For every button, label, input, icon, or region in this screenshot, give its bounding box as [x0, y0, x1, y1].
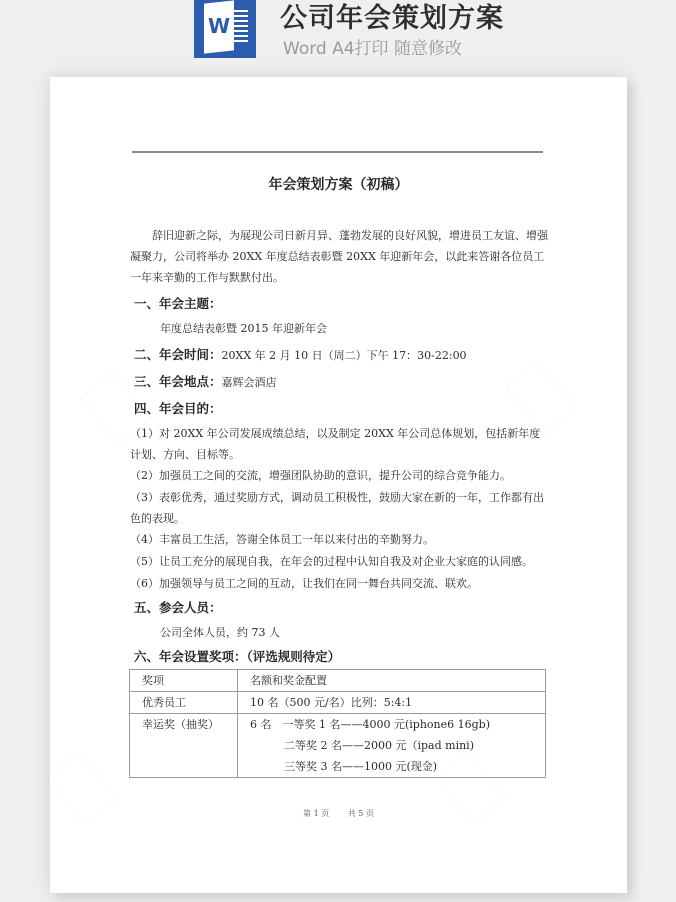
section-heading-attendees: 五、参会人员： [134, 598, 222, 616]
section-content-theme: 年度总结表彰暨 2015 年迎新年会 [160, 320, 327, 336]
table-cell-config: 10 名（500 元/名）比列：5:4:1 [238, 692, 546, 714]
table-cell-award: 幸运奖（抽奖） [130, 714, 238, 778]
banner: W 公司年会策划方案 Word A4打印 随意修改 [0, 0, 676, 70]
word-icon: W [194, 0, 256, 58]
section-heading-purpose: 四、年会目的： [134, 399, 222, 417]
section-heading-location: 三、年会地点：嘉辉会酒店 [134, 372, 277, 390]
document-title: 年会策划方案（初稿） [50, 174, 627, 194]
table-header-row: 奖项 名额和奖金配置 [130, 670, 546, 692]
purpose-item: （2）加强员工之间的交流，增强团队协助的意识，提升公司的综合竞争能力。 [130, 465, 550, 486]
section-heading-time: 二、年会时间：20XX 年 2 月 10 日（周二）下午 17：30-22:00 [134, 345, 467, 363]
document-page: 年会策划方案（初稿） 辞旧迎新之际，为展现公司日新月异、蓬勃发展的良好风貌，增进… [50, 77, 627, 893]
banner-subtitle: Word A4打印 随意修改 [283, 34, 462, 59]
awards-table: 奖项 名额和奖金配置 优秀员工 10 名（500 元/名）比列：5:4:1 幸运… [129, 669, 546, 778]
purpose-item: （4）丰富员工生活，答谢全体员工一年以来付出的辛勤努力。 [130, 529, 550, 550]
section-heading-awards: 六、年会设置奖项：（评选规则待定） [134, 647, 340, 665]
section-heading-theme: 一、年会主题： [134, 294, 222, 312]
purpose-item: （5）让员工充分的展现自我，在年会的过程中认知自我及对企业大家庭的认同感。 [130, 551, 550, 572]
page-number: 第 1 页 [303, 809, 329, 818]
table-row: 幸运奖（抽奖） 6 名 一等奖 1 名——4000 元(iphone6 16gb… [130, 714, 546, 778]
table-cell-config: 6 名 一等奖 1 名——4000 元(iphone6 16gb) 二等奖 2 … [238, 714, 546, 778]
table-header-cell: 名额和奖金配置 [238, 670, 546, 692]
awards-note: （评选规则待定） [247, 649, 341, 664]
table-header-cell: 奖项 [130, 670, 238, 692]
purpose-item: （1）对 20XX 年公司发展成绩总结，以及制定 20XX 年公司总体规划，包括… [130, 423, 550, 465]
purpose-item: （3）表彰优秀，通过奖励方式，调动员工积极性，鼓励大家在新的一年，工作都有出色的… [130, 487, 550, 529]
intro-paragraph: 辞旧迎新之际，为展现公司日新月异、蓬勃发展的良好风貌，增进员工友谊、增强凝聚力，… [130, 225, 550, 288]
table-row: 优秀员工 10 名（500 元/名）比列：5:4:1 [130, 692, 546, 714]
section-content-attendees: 公司全体人员，约 73 人 [160, 624, 280, 640]
banner-title: 公司年会策划方案 [280, 0, 504, 35]
purpose-item: （6）加强领导与员工之间的互动，让我们在同一舞台共同交流、联欢。 [130, 573, 550, 594]
event-time: 20XX 年 2 月 10 日（周二）下午 17：30-22:00 [222, 349, 467, 362]
page-total: 共 5 页 [348, 809, 374, 818]
header-rule [132, 151, 543, 153]
table-cell-award: 优秀员工 [130, 692, 238, 714]
event-location: 嘉辉会酒店 [222, 376, 277, 389]
page-footer: 第 1 页 共 5 页 [50, 808, 627, 819]
